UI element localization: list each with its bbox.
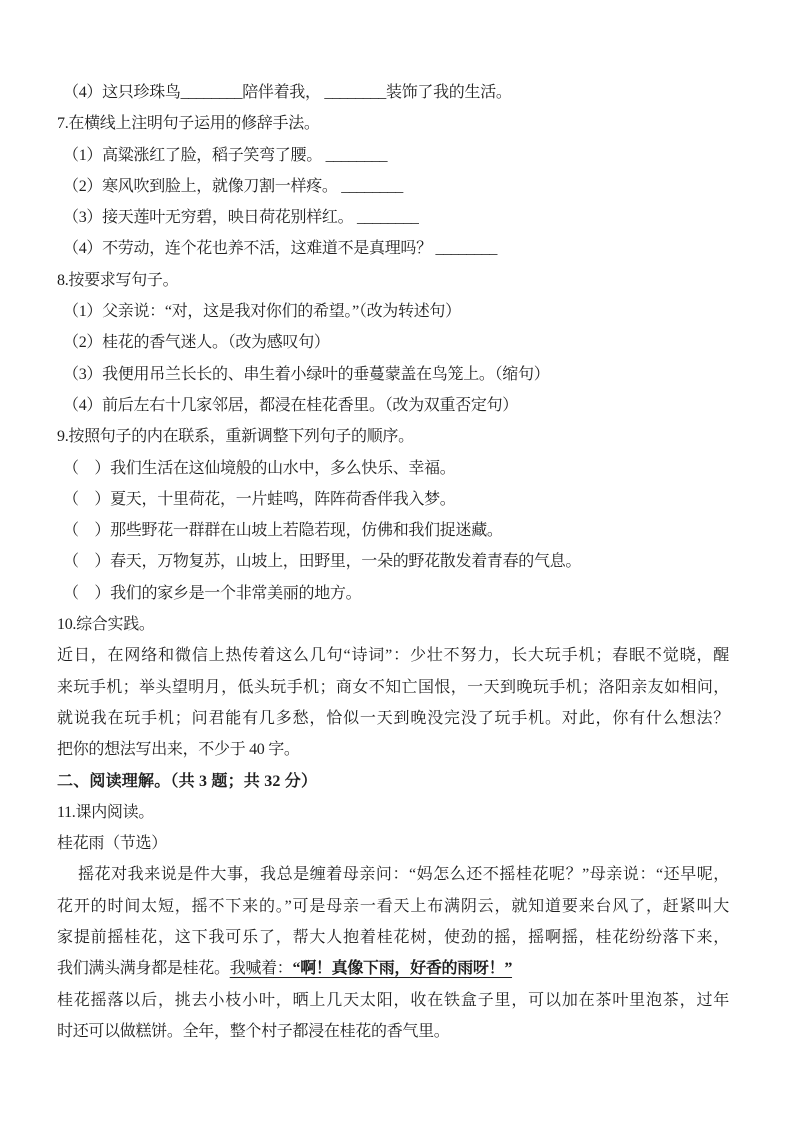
q9-item-1: （ ）我们生活在这仙境般的山水中，多么快乐、幸福。 xyxy=(57,453,729,484)
q10-text-line-1: 近日，在网络和微信上热传着这么几句“诗词”：少壮不努力，长大玩手机；春眠不觉晓，… xyxy=(57,640,729,671)
question-7: 7.在横线上注明句子运用的修辞手法。 xyxy=(57,108,729,139)
question-9: 9.按照句子的内在联系，重新调整下列句子的顺序。 xyxy=(57,421,729,452)
q8-item-2: （2）桂花的香气迷人。（改为感叹句） xyxy=(57,327,729,358)
passage-line-2: 花开的时间太短，摇不下来的。”可是母亲一看天上布满阴云，就知道要来台风了，赶紧叫… xyxy=(57,891,729,922)
document-page: （4）这只珍珠鸟________陪伴着我， ________装饰了我的生活。7.… xyxy=(0,0,793,1122)
q10-text-line-4: 把你的想法写出来，不少于 40 字。 xyxy=(57,734,729,765)
q8-item-1: （1）父亲说：“对，这是我对你们的希望。”（改为转述句） xyxy=(57,296,729,327)
question-10: 10.综合实践。 xyxy=(57,609,729,640)
q10-text-line-2: 来玩手机；举头望明月，低头玩手机；商女不知亡国恨，一天到晚玩手机；洛阳亲友如相问… xyxy=(57,672,729,703)
q9-item-3: （ ）那些野花一群群在山坡上若隐若现，仿佛和我们捉迷藏。 xyxy=(57,515,729,546)
passage-text: 我们满头满身都是桂花。 xyxy=(57,960,230,977)
q8-item-4: （4）前后左右十几家邻居，都浸在桂花香里。（改为双重否定句） xyxy=(57,390,729,421)
passage-line-4: 我们满头满身都是桂花。我喊着：“啊！真像下雨，好香的雨呀！” xyxy=(57,953,729,984)
exam-content: （4）这只珍珠鸟________陪伴着我， ________装饰了我的生活。7.… xyxy=(57,77,729,1047)
passage-line-6: 时还可以做糕饼。全年，整个村子都浸在桂花的香气里。 xyxy=(57,1016,729,1047)
q9-item-4: （ ）春天，万物复苏，山坡上，田野里，一朵的野花散发着青春的气息。 xyxy=(57,546,729,577)
q9-item-2: （ ）夏天，十里荷花，一片蛙鸣，阵阵荷香伴我入梦。 xyxy=(57,484,729,515)
passage-underlined-text: 我喊着： xyxy=(230,960,293,977)
section-2-header: 二、阅读理解。（共 3 题；共 32 分） xyxy=(57,766,729,797)
q7-item-4: （4）不劳动，连个花也养不活，这难道不是真理吗？ ________ xyxy=(57,233,729,264)
passage-title: 桂花雨（节选） xyxy=(57,828,729,859)
q8-item-3: （3）我便用吊兰长长的、串生着小绿叶的垂蔓蒙盖在鸟笼上。（缩句） xyxy=(57,359,729,390)
passage-line-1: 摇花对我来说是件大事，我总是缠着母亲问：“妈怎么还不摇桂花呢？”母亲说：“还早呢… xyxy=(57,859,729,890)
question-11: 11.课内阅读。 xyxy=(57,797,729,828)
q7-item-2: （2）寒风吹到脸上，就像刀割一样疼。 ________ xyxy=(57,171,729,202)
q9-item-5: （ ）我们的家乡是一个非常美丽的地方。 xyxy=(57,578,729,609)
q7-item-1: （1）高粱涨红了脸，稻子笑弯了腰。 ________ xyxy=(57,140,729,171)
question-8: 8.按要求写句子。 xyxy=(57,265,729,296)
passage-line-5: 桂花摇落以后，挑去小枝小叶，晒上几天太阳，收在铁盒子里，可以加在茶叶里泡茶，过年 xyxy=(57,985,729,1016)
q10-text-line-3: 就说我在玩手机；问君能有几多愁，恰似一天到晚没完没了玩手机。对此，你有什么想法？ xyxy=(57,703,729,734)
q7-item-3: （3）接天莲叶无穷碧，映日荷花别样红。 ________ xyxy=(57,202,729,233)
q6-item-4: （4）这只珍珠鸟________陪伴着我， ________装饰了我的生活。 xyxy=(57,77,729,108)
passage-underlined-bold-text: “啊！真像下雨，好香的雨呀！” xyxy=(293,960,513,977)
passage-line-3: 家提前摇桂花，这下我可乐了，帮大人抱着桂花树，使劲的摇，摇啊摇，桂花纷纷落下来， xyxy=(57,922,729,953)
